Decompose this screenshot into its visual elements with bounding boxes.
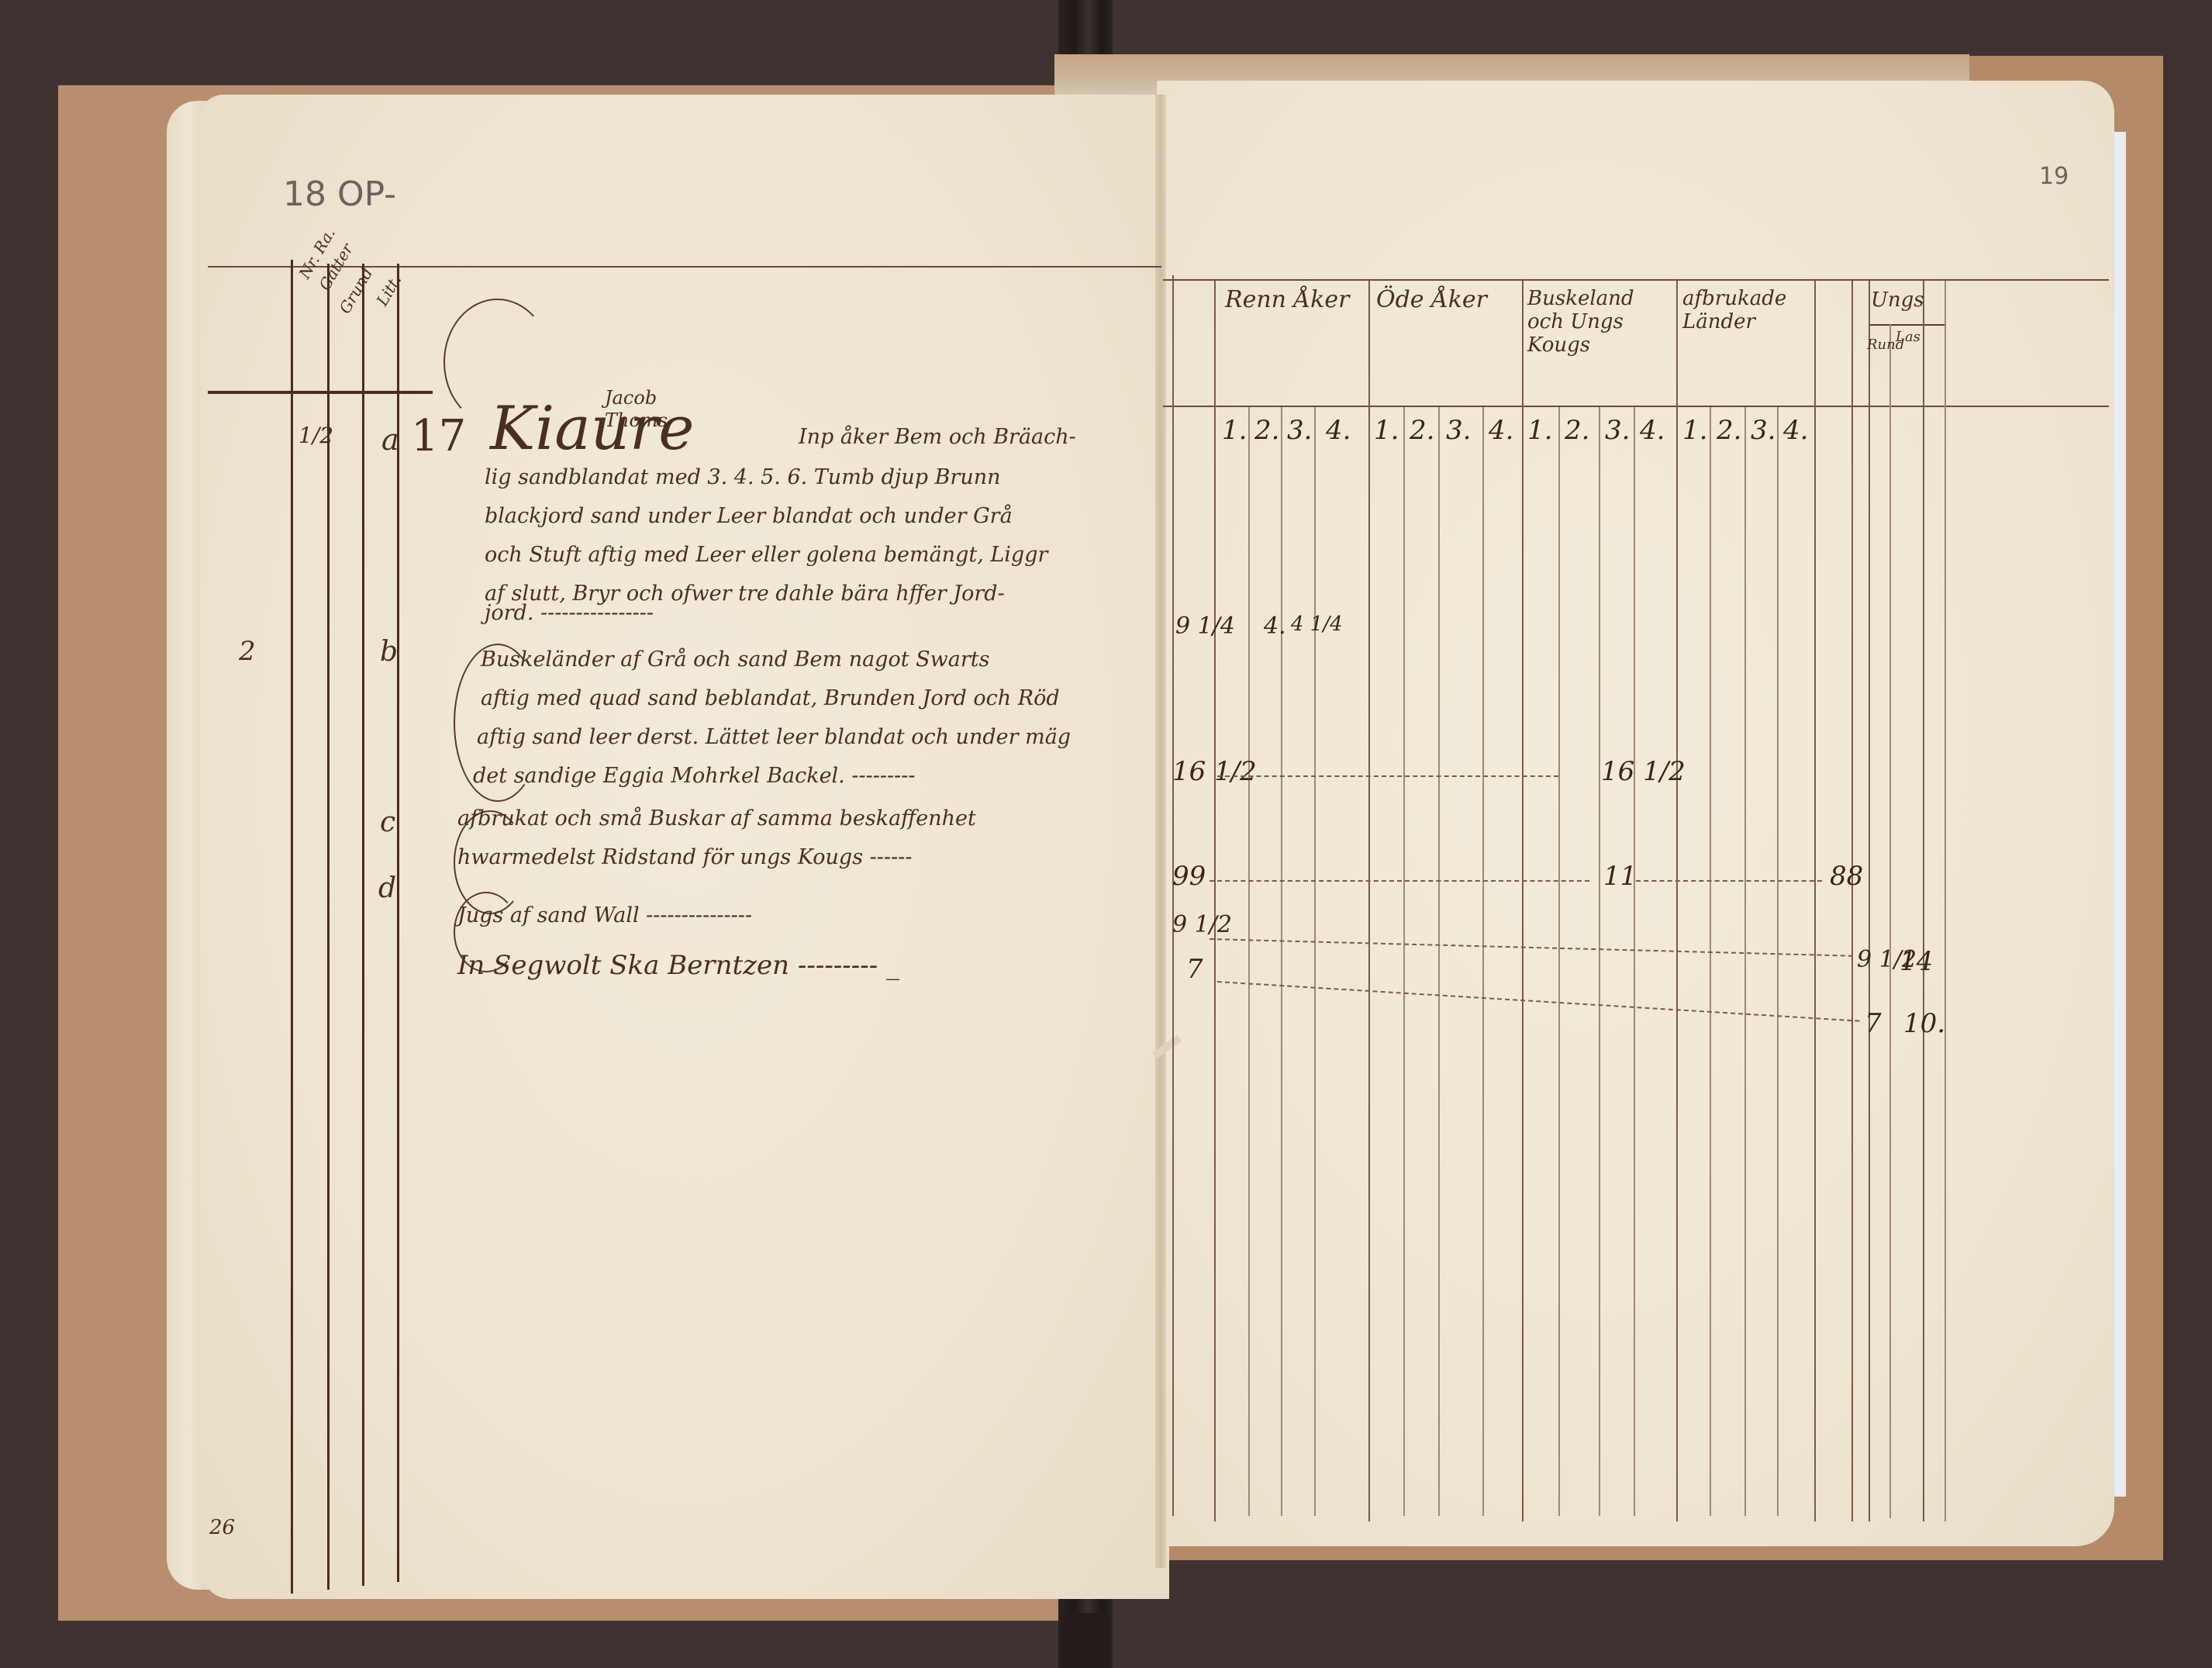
column-header-afbrukade: afbrukade Länder [1682, 287, 1810, 333]
text-line: In Segwolt Ska Berntzen --------- _ [457, 950, 899, 981]
pencil-note: 18 OP- [283, 174, 396, 214]
subcolumn-rule [1314, 407, 1316, 1516]
text-line: och Stuft aftig med Leer eller golena be… [485, 543, 1047, 567]
fraction-mark: 1/2 [298, 423, 333, 448]
cell-value: 4. [1264, 613, 1286, 640]
column-rule [1368, 281, 1370, 1521]
row-letter-d: d [378, 872, 396, 904]
subcol-4: 4. [1640, 415, 1665, 446]
cell-value-afbrukade: 88 [1830, 861, 1863, 892]
column-header-renn-aker: Renn Åker [1225, 288, 1349, 312]
subcolumn-rule [1281, 407, 1282, 1516]
subcol-1: 1. [1222, 415, 1247, 446]
row-letter-c: c [380, 806, 395, 838]
column-rule [1851, 281, 1853, 1521]
subcolumn-rule [1710, 407, 1711, 1516]
subcol-4: 4. [1783, 415, 1808, 446]
row-letter-b: b [380, 636, 398, 668]
text-line: lig sandblandat med 3. 4. 5. 6. Tumb dju… [485, 465, 1001, 489]
subcolumn-rule [1634, 407, 1635, 1516]
subcol-1: 1. [1527, 415, 1552, 446]
column-rule [1214, 281, 1216, 1521]
entry-name-2: Thoms [605, 409, 668, 431]
column-rule [1945, 281, 1946, 1521]
column-header-buskeland: Buskeland och Ungs Kougs [1527, 287, 1671, 357]
header-rule-top [1163, 279, 2109, 281]
subcolumn-rule [1599, 407, 1600, 1516]
subcolumn-rule [1777, 407, 1779, 1516]
text-line: Jugs af sand Wall --------------- [457, 903, 752, 927]
book-gutter [1155, 95, 1166, 1568]
subheader-las: Las [1896, 326, 1920, 349]
column-rule [1869, 281, 1870, 1521]
row-total: 16 1/2 [1172, 756, 1257, 787]
text-line: det sandige Eggia Mohrkel Backel. ------… [473, 764, 915, 788]
dash-leader [1636, 880, 1822, 882]
subcol-1: 1. [1374, 415, 1399, 446]
column-rule [1676, 281, 1678, 1521]
column-rule [1923, 281, 1924, 1521]
cell-value-ungs-las: 14 [1900, 946, 1933, 977]
text-line: aftig sand leer derst. Lättet leer bland… [477, 725, 1071, 749]
book-spine-bottom [1062, 1613, 1109, 1668]
header-rule-top [208, 266, 1161, 268]
header-rule-bottom [1163, 406, 2109, 407]
row-total: 99 [1172, 861, 1206, 892]
subcolumn-rule [1558, 407, 1560, 1516]
page-number: 19 [2039, 163, 2069, 190]
row-total: 7 [1186, 954, 1203, 985]
subcol-4: 4. [1489, 415, 1513, 446]
column-rule [1814, 281, 1816, 1521]
subcol-2: 2. [1717, 415, 1741, 446]
cell-value-ungs-las: 10. [1903, 1008, 1945, 1039]
column-rule [327, 264, 330, 1590]
subcolumn-rule [1744, 407, 1746, 1516]
column-header-ode-aker: Öde Åker [1376, 288, 1487, 312]
cell-value-buskeland: 11 [1603, 861, 1637, 892]
subcolumn-rule [1438, 407, 1440, 1516]
text-line: jord. ---------------- [485, 601, 654, 625]
row-total: 9 1/4 [1175, 613, 1235, 640]
dash-leader [1217, 775, 1558, 777]
margin-number: 2 [239, 636, 256, 667]
column-rule [397, 264, 399, 1582]
row-total: 9 1/2 [1172, 911, 1232, 938]
subcolumn-rule [1403, 407, 1405, 1516]
subcolumn-rule [1889, 324, 1891, 1518]
bottom-page-number: 26 [209, 1516, 235, 1539]
subcol-3: 3. [1287, 415, 1312, 446]
subcol-1: 1. [1682, 415, 1707, 446]
text-line: Buskeländer af Grå och sand Bem nagot Sw… [481, 648, 989, 672]
dash-leader [1210, 880, 1589, 882]
text-line: hwarmedelst Ridstand för ungs Kougs ----… [457, 845, 912, 869]
subcolumn-rule [1482, 407, 1484, 1516]
subcol-2: 2. [1565, 415, 1589, 446]
cell-value-buskeland: 16 1/2 [1601, 756, 1686, 787]
subcolumn-rule [1248, 407, 1250, 1516]
cell-value: 4 1/4 [1291, 613, 1343, 636]
subcol-4: 4. [1326, 415, 1351, 446]
text-line: afbrukat och små Buskar af samma beskaff… [457, 806, 976, 831]
subcol-3: 3. [1446, 415, 1471, 446]
column-header-ungs: Ungs [1871, 288, 1924, 312]
entry-number: 17 [411, 411, 466, 461]
column-rule [362, 264, 364, 1586]
column-rule [1172, 275, 1174, 1516]
column-rule [291, 260, 293, 1594]
subcol-3: 3. [1605, 415, 1630, 446]
row-letter-a: a [381, 423, 399, 457]
text-line: aftig med quad sand beblandat, Brunden J… [481, 686, 1060, 710]
subcol-2: 2. [1410, 415, 1434, 446]
column-rule [1522, 281, 1524, 1521]
subcol-2: 2. [1254, 415, 1279, 446]
entry-name-1: Jacob [605, 386, 657, 409]
text-line: Inp åker Bem och Bräach- [799, 425, 1076, 449]
text-line: blackjord sand under Leer blandat och un… [485, 504, 1013, 528]
cell-value-ungs-rund: 7 [1865, 1008, 1882, 1039]
subcol-3: 3. [1751, 415, 1775, 446]
